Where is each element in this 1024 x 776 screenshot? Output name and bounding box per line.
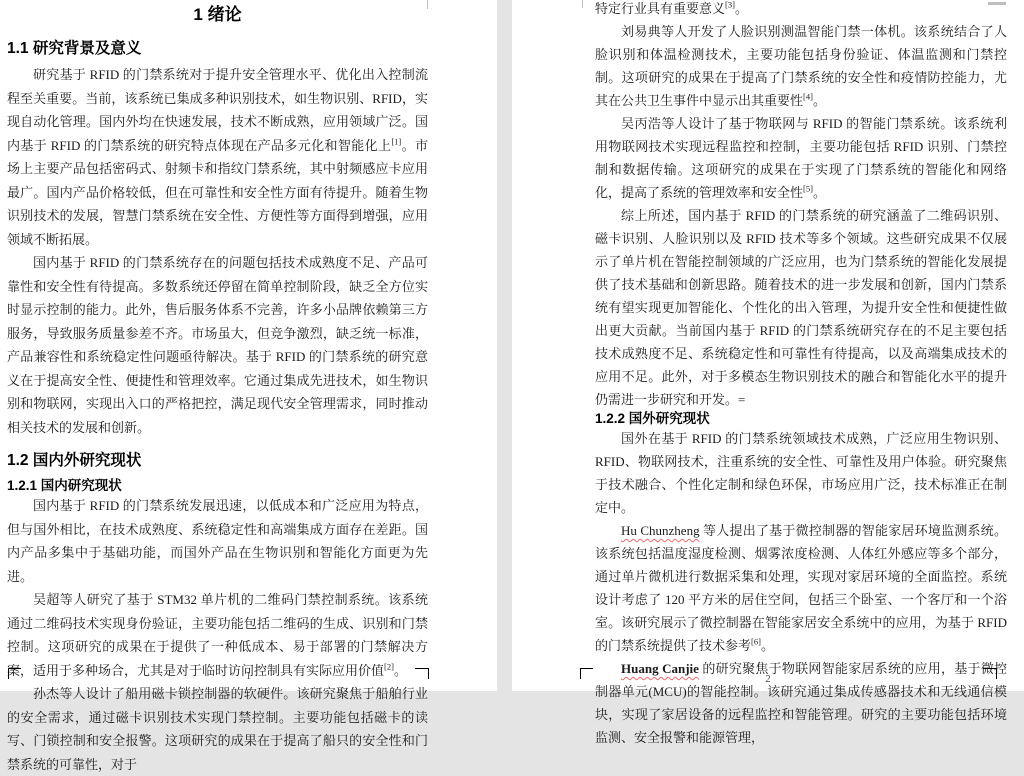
text-run: 刘易典等人开发了人脸识别测温智能门禁一体机。该系统结合了人脸识别和体温检测技术，… [595,24,1007,108]
reference-superscript: [3] [725,0,735,10]
reference-superscript: [6] [751,637,761,647]
section-heading[interactable]: 1.2 国内外研究现状 [7,451,428,471]
text-run: 国内基于 RFID 的门禁系统存在的问题包括技术成熟度不足、产品可靠性和安全性有… [7,255,428,435]
text-run: 吴超等人研究了基于 STM32 单片机的二维码门禁控制系统。该系统通过二维码技术… [7,592,428,678]
paragraph[interactable]: 刘易典等人开发了人脸识别测温智能门禁一体机。该系统结合了人脸识别和体温检测技术，… [595,20,1007,112]
text-run: 综上所述，国内基于 RFID 的门禁系统的研究涵盖了二维码识别、磁卡识别、人脸识… [595,208,1007,407]
crop-mark-top-right [427,0,428,9]
text-run: 国内基于 RFID 的门禁系统发展迅速，以低成本和广泛应用为特点，但与国外相比，… [7,498,428,584]
page-content[interactable]: 特定行业具有重要意义[3]。刘易典等人开发了人脸识别测温智能门禁一体机。该系统结… [595,0,1007,691]
crop-mark-top-left [582,0,583,8]
reference-superscript: [2] [384,661,394,671]
paragraph[interactable]: 综上所述，国内基于 RFID 的门禁系统的研究涵盖了二维码识别、磁卡识别、人脸识… [595,204,1007,411]
section-heading[interactable]: 1.1 研究背景及意义 [7,39,428,59]
text-run: 。 [761,638,774,653]
section-heading[interactable]: 1.2.2 国外研究现状 [595,411,1007,427]
text-run: 研究基于 RFID 的门禁系统对于提升安全管理水平、优化出入控制流程至关重要。当… [7,67,428,153]
section-heading[interactable]: 1.2.1 国内研究现状 [7,477,428,494]
paragraph[interactable]: 吴超等人研究了基于 STM32 单片机的二维码门禁控制系统。该系统通过二维码技术… [7,588,428,682]
paragraph[interactable]: 国内基于 RFID 的门禁系统发展迅速，以低成本和广泛应用为特点，但与国外相比，… [7,494,428,588]
document-page-2[interactable]: 特定行业具有重要意义[3]。刘易典等人开发了人脸识别测温智能门禁一体机。该系统结… [512,0,1024,691]
text-run: 。 [735,1,748,16]
paragraph[interactable]: Hu Chunzheng 等人提出了基于微控制器的智能家居环境监测系统。该系统包… [595,519,1007,657]
paragraph[interactable]: 孙杰等人设计了船用磁卡锁控制器的软硬件。该研究聚焦于船舶行业的安全需求，通过磁卡… [7,682,428,691]
text-run: 吴丙浩等人设计了基于物联网与 RFID 的智能门禁系统。该系统利用物联网技术实现… [595,116,1007,200]
text-run: 特定行业具有重要意义 [595,1,725,16]
text-run: Hu Chunzheng [621,523,700,538]
reference-superscript: [5] [803,184,813,194]
paragraph[interactable]: 吴丙浩等人设计了基于物联网与 RFID 的智能门禁系统。该系统利用物联网技术实现… [595,112,1007,204]
text-run: 孙杰等人设计了船用磁卡锁控制器的软硬件。该研究聚焦于船舶行业的安全需求，通过磁卡… [7,686,428,691]
chapter-title[interactable]: 1 绪论 [7,2,428,27]
text-run: 。 [813,185,826,200]
reference-superscript: [4] [803,92,813,102]
crop-mark-top-right [988,2,1006,5]
text-run: 国外在基于 RFID 的门禁系统领域技术成熟，广泛应用生物识别、RFID、物联网… [595,431,1007,515]
page-number: 2 [512,674,1024,685]
paragraph[interactable]: 特定行业具有重要意义[3]。 [595,0,1007,20]
page-content[interactable]: 1 绪论1.1 研究背景及意义研究基于 RFID 的门禁系统对于提升安全管理水平… [7,0,428,691]
reference-superscript: [1] [391,136,401,146]
document-page-1[interactable]: 1 绪论1.1 研究背景及意义研究基于 RFID 的门禁系统对于提升安全管理水平… [0,0,497,691]
paragraph[interactable]: 国外在基于 RFID 的门禁系统领域技术成熟，广泛应用生物识别、RFID、物联网… [595,427,1007,519]
page-number: 1 [0,671,497,682]
paragraph[interactable]: 研究基于 RFID 的门禁系统对于提升安全管理水平、优化出入控制流程至关重要。当… [7,63,428,251]
text-run: 等人提出了基于微控制器的智能家居环境监测系统。该系统包括温度湿度检测、烟雾浓度检… [595,523,1007,653]
text-run: 。市场上主要产品包括密码式、射频卡和指纹门禁系统，其中射频感应卡应用最广。国内产… [7,138,428,247]
text-run: 。 [813,93,826,108]
paragraph[interactable]: 国内基于 RFID 的门禁系统存在的问题包括技术成熟度不足、产品可靠性和安全性有… [7,251,428,439]
